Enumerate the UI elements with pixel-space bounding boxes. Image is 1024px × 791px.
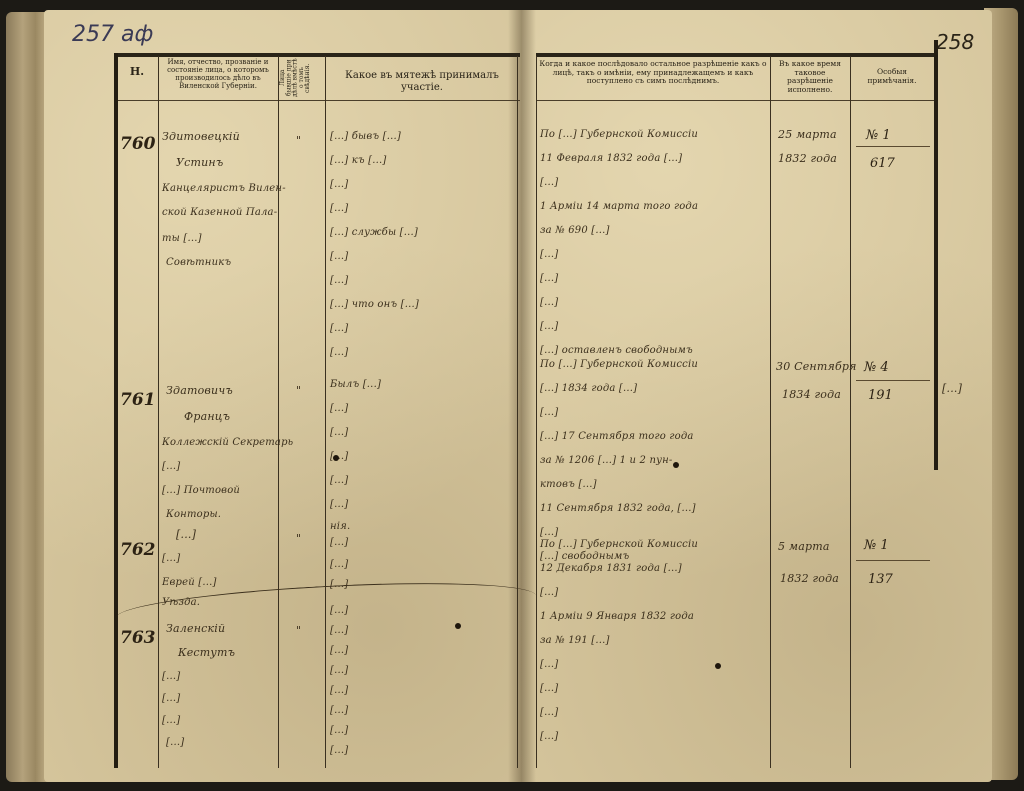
entry-participation-line: [...]: [330, 198, 348, 220]
col-divider-resolution-when: [770, 56, 771, 768]
entry-resolution-line: [...]: [540, 316, 558, 338]
entry-resolution-line: 11 Сентября 1832 года, [...]: [540, 498, 696, 520]
entry-register-ref: № 1: [864, 538, 889, 553]
left-inner-rule: [517, 56, 518, 768]
entry-participation-line: [...] бывъ [...]: [330, 126, 401, 148]
entry-participation-line: [...] что онъ [...]: [330, 294, 419, 316]
entry-resolution-line: [...]: [540, 726, 558, 748]
entry-name-line: Здитовецкій: [162, 126, 240, 148]
entry-resolution-line: [...] 17 Сентября того года: [540, 426, 694, 448]
register-ref-divider: [856, 380, 930, 381]
entry-participation-line: [...]: [330, 680, 348, 702]
ditto-mark: ": [296, 624, 301, 637]
entry-name-line: [...]: [162, 688, 180, 710]
entry-resolution-line: [...]: [540, 582, 558, 604]
entry-name-line: Конторы.: [166, 504, 221, 526]
col-divider-name-presence: [278, 56, 279, 768]
col-divider-num-name: [158, 56, 159, 768]
entry-resolution-line: [...]: [540, 244, 558, 266]
entry-name-line: [...] Почтовой: [162, 480, 240, 502]
header-number: Н.: [116, 66, 158, 79]
entry-number: 761: [120, 390, 156, 410]
entry-participation-line: [...]: [330, 246, 348, 268]
entry-name-line: [...]: [162, 548, 180, 570]
entry-name-line: [...]: [176, 524, 196, 546]
entry-resolution-line: за № 690 [...]: [540, 220, 610, 242]
right-inner-rule: [536, 56, 537, 768]
header-when-executed: Въ какое время таковое разрѣшеніе исполн…: [772, 60, 848, 95]
header-remarks: Особыя примѣчанія.: [852, 68, 932, 85]
left-folio-number: 257 аф: [72, 22, 153, 47]
entry-when-executed: 30 Сентября: [776, 356, 857, 378]
entry-resolution-line: 1 Арміи 14 марта того года: [540, 196, 698, 218]
header-resolution: Когда и какое послѣдовало остальное разр…: [538, 60, 768, 86]
entry-name-line: [...]: [166, 732, 184, 754]
entry-resolution-line: [...]: [540, 678, 558, 700]
entry-participation-line: [...]: [330, 174, 348, 196]
entry-name-line: Устинъ: [176, 152, 223, 174]
entry-name-line: [...]: [162, 710, 180, 732]
entry-participation-line: Былъ [...]: [330, 374, 381, 396]
header-presence: Лица бывшіе при дѣлѣ вмѣстѣ о томъ свѣдѣ…: [280, 58, 324, 98]
entry-name-line: Совѣтникъ: [166, 252, 231, 274]
entry-remarks: [...]: [942, 378, 962, 400]
entry-resolution-line: 12 Декабря 1831 года [...]: [540, 558, 682, 580]
entry-participation-line: [...] службы [...]: [330, 222, 418, 244]
entry-resolution-line: за № 1206 [...] 1 и 2 пун-: [540, 450, 673, 472]
entry-name-line: Заленскій: [166, 618, 225, 640]
entry-resolution-line: [...]: [540, 268, 558, 290]
entry-when-executed: 1834 года: [782, 384, 841, 406]
entry-resolution-line: По [...] Губернской Комиссіи: [540, 354, 698, 376]
entry-participation-line: [...]: [330, 620, 348, 642]
entry-resolution-line: [...]: [540, 702, 558, 724]
entry-resolution-line: [...]: [540, 172, 558, 194]
document-scan: 257 аф 258 Н. Имя, отчество, прозваніе и…: [0, 0, 1024, 791]
entry-participation-line: [...]: [330, 640, 348, 662]
right-folio-number: 258: [936, 30, 974, 54]
ditto-mark: ": [296, 384, 301, 397]
entry-name-line: Кестутъ: [178, 642, 235, 664]
entry-register-ref: № 1: [866, 128, 891, 143]
entry-register-ref: 191: [868, 388, 893, 403]
entry-number: 760: [120, 134, 156, 154]
entry-when-executed: 5 марта: [778, 536, 830, 558]
entry-resolution-line: ктовъ [...]: [540, 474, 597, 496]
ink-blot: [715, 663, 721, 669]
left-top-rule: [114, 53, 520, 57]
left-header-rule: [114, 100, 520, 101]
entry-register-ref: 617: [870, 156, 895, 171]
entry-number: 763: [120, 628, 156, 648]
entry-when-executed: 1832 года: [778, 148, 837, 170]
entry-resolution-line: 11 Февраля 1832 года [...]: [540, 148, 682, 170]
entry-participation-line: [...]: [330, 342, 348, 364]
right-top-rule: [536, 53, 938, 57]
entry-participation-line: [...]: [330, 700, 348, 722]
entry-name-line: Еврей [...]: [162, 572, 217, 594]
entry-resolution-line: [...] 1834 года [...]: [540, 378, 637, 400]
book-gutter: [508, 10, 536, 782]
header-name: Имя, отчество, прозваніе и состояніе лиц…: [160, 58, 276, 90]
entry-number: 762: [120, 540, 156, 560]
entry-name-line: Здатовичъ: [166, 380, 233, 402]
entry-resolution-line: 1 Арміи 9 Января 1832 года: [540, 606, 694, 628]
entry-name-line: ской Казенной Пала-: [162, 202, 277, 224]
col-divider-presence-participation: [325, 56, 326, 768]
entry-resolution-line: за № 191 [...]: [540, 630, 610, 652]
entry-participation-line: [...]: [330, 532, 348, 554]
ditto-mark: ": [296, 532, 301, 545]
entry-resolution-line: [...]: [540, 402, 558, 424]
entry-name-line: [...]: [162, 456, 180, 478]
entry-participation-line: [...]: [330, 740, 348, 762]
entry-register-ref: № 4: [864, 360, 889, 375]
entry-participation-line: [...]: [330, 270, 348, 292]
entry-participation-line: [...]: [330, 494, 348, 516]
ink-blot: [455, 623, 461, 629]
entry-participation-line: [...]: [330, 398, 348, 420]
ditto-mark: ": [296, 134, 301, 147]
entry-participation-line: [...]: [330, 720, 348, 742]
register-ref-divider: [856, 560, 930, 561]
register-ref-divider: [856, 146, 930, 147]
right-outer-rule: [934, 40, 938, 470]
entry-resolution-line: По [...] Губернской Комиссіи: [540, 534, 698, 556]
entry-participation-line: [...]: [330, 470, 348, 492]
entry-name-line: ты [...]: [162, 228, 202, 250]
left-outer-rule: [114, 53, 118, 768]
col-divider-when-remarks: [850, 56, 851, 768]
entry-register-ref: 137: [868, 572, 893, 587]
entry-name-line: Канцеляристъ Вилен-: [162, 178, 286, 200]
entry-participation-line: [...]: [330, 660, 348, 682]
entry-participation-line: [...]: [330, 600, 348, 622]
entry-when-executed: 25 марта: [778, 124, 837, 146]
entry-participation-line: [...] къ [...]: [330, 150, 386, 172]
entry-participation-line: [...]: [330, 318, 348, 340]
header-participation: Какое въ мятежѣ принималъ участіе.: [328, 70, 516, 93]
entry-resolution-line: [...]: [540, 654, 558, 676]
entry-resolution-line: По [...] Губернской Комиссіи: [540, 124, 698, 146]
entry-name-line: [...]: [162, 666, 180, 688]
entry-name-line: Коллежскій Секретарь: [162, 432, 293, 454]
right-header-rule: [536, 100, 938, 101]
entry-name-line: Францъ: [184, 406, 230, 428]
entry-resolution-line: [...]: [540, 292, 558, 314]
entry-when-executed: 1832 года: [780, 568, 839, 590]
ink-blot: [673, 462, 679, 468]
left-page-edges: [6, 12, 48, 782]
ink-blot: [333, 455, 339, 461]
entry-participation-line: [...]: [330, 422, 348, 444]
entry-participation-line: [...]: [330, 554, 348, 576]
